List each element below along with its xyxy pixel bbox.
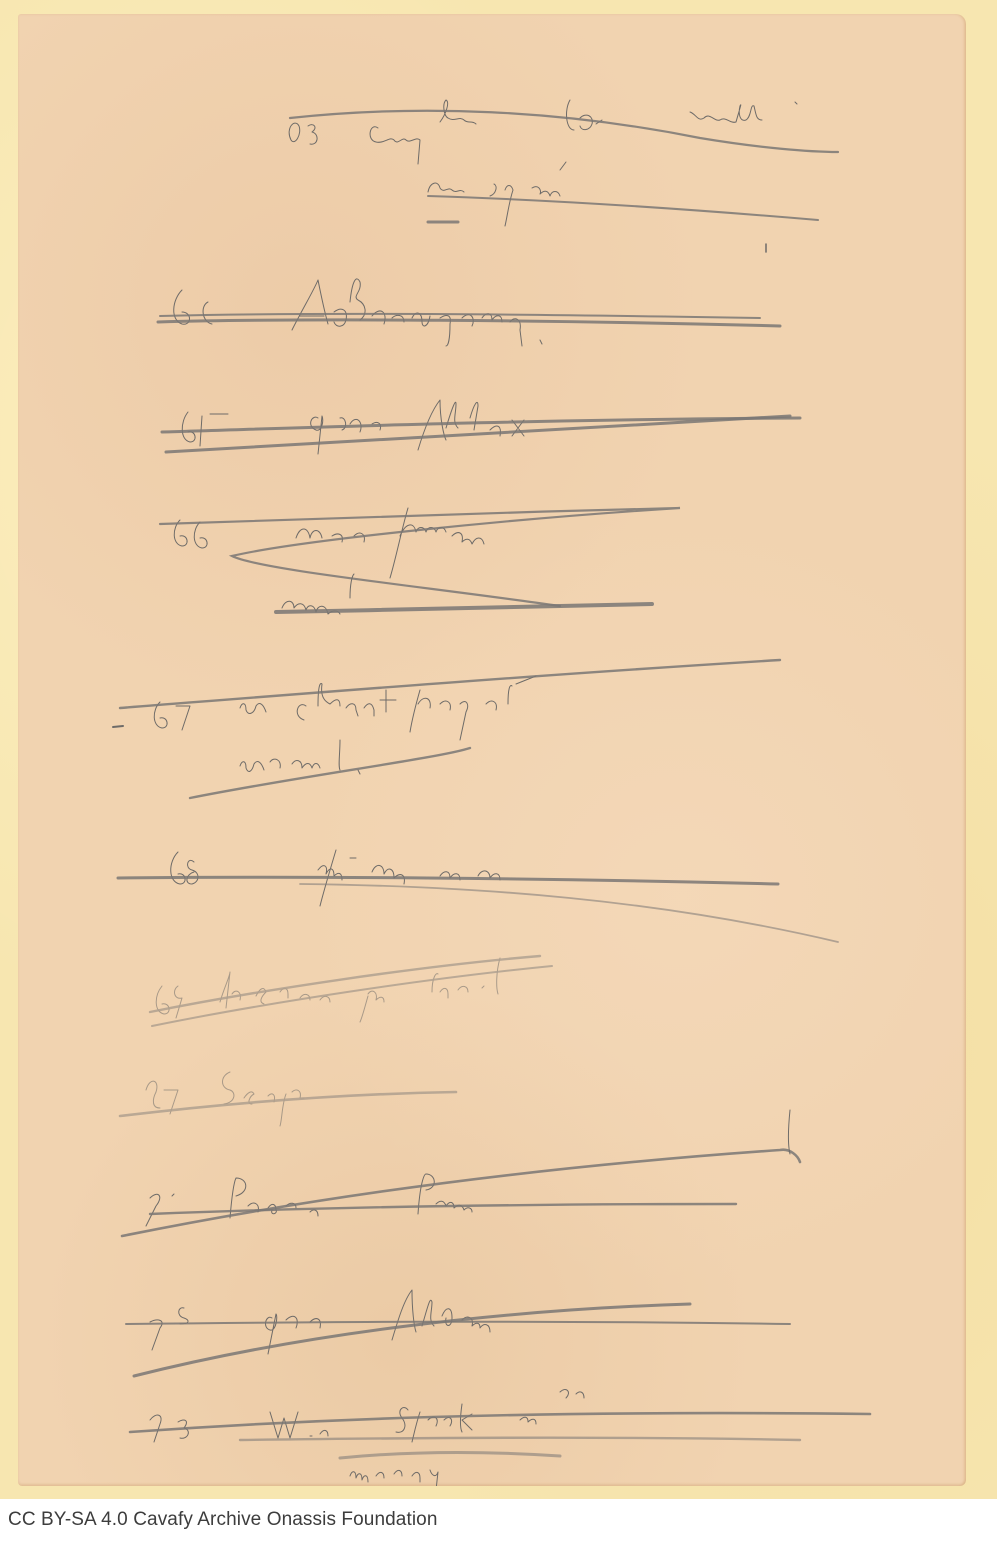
- entry-70: [120, 1072, 456, 1126]
- scan-viewer: 63 Εισηθων la veeblie aine si pavé 64 La…: [0, 0, 997, 1499]
- handwriting-layer: [18, 14, 966, 1486]
- entry-69: [150, 956, 552, 1026]
- entry-64: [158, 279, 780, 346]
- manuscript-sheet: 63 Εισηθων la veeblie aine si pavé 64 La…: [18, 14, 966, 1486]
- entry-72: [126, 1290, 790, 1376]
- entry-73: [130, 1390, 870, 1486]
- entry-66: [160, 508, 680, 614]
- entry-63: [289, 100, 838, 226]
- entry-65: [162, 400, 800, 454]
- stray-mark: [113, 726, 123, 727]
- license-caption: CC BY-SA 4.0 Cavafy Archive Onassis Foun…: [8, 1505, 438, 1535]
- entry-67: [120, 660, 780, 798]
- entry-68: [118, 850, 838, 942]
- entry-71: [122, 1110, 800, 1236]
